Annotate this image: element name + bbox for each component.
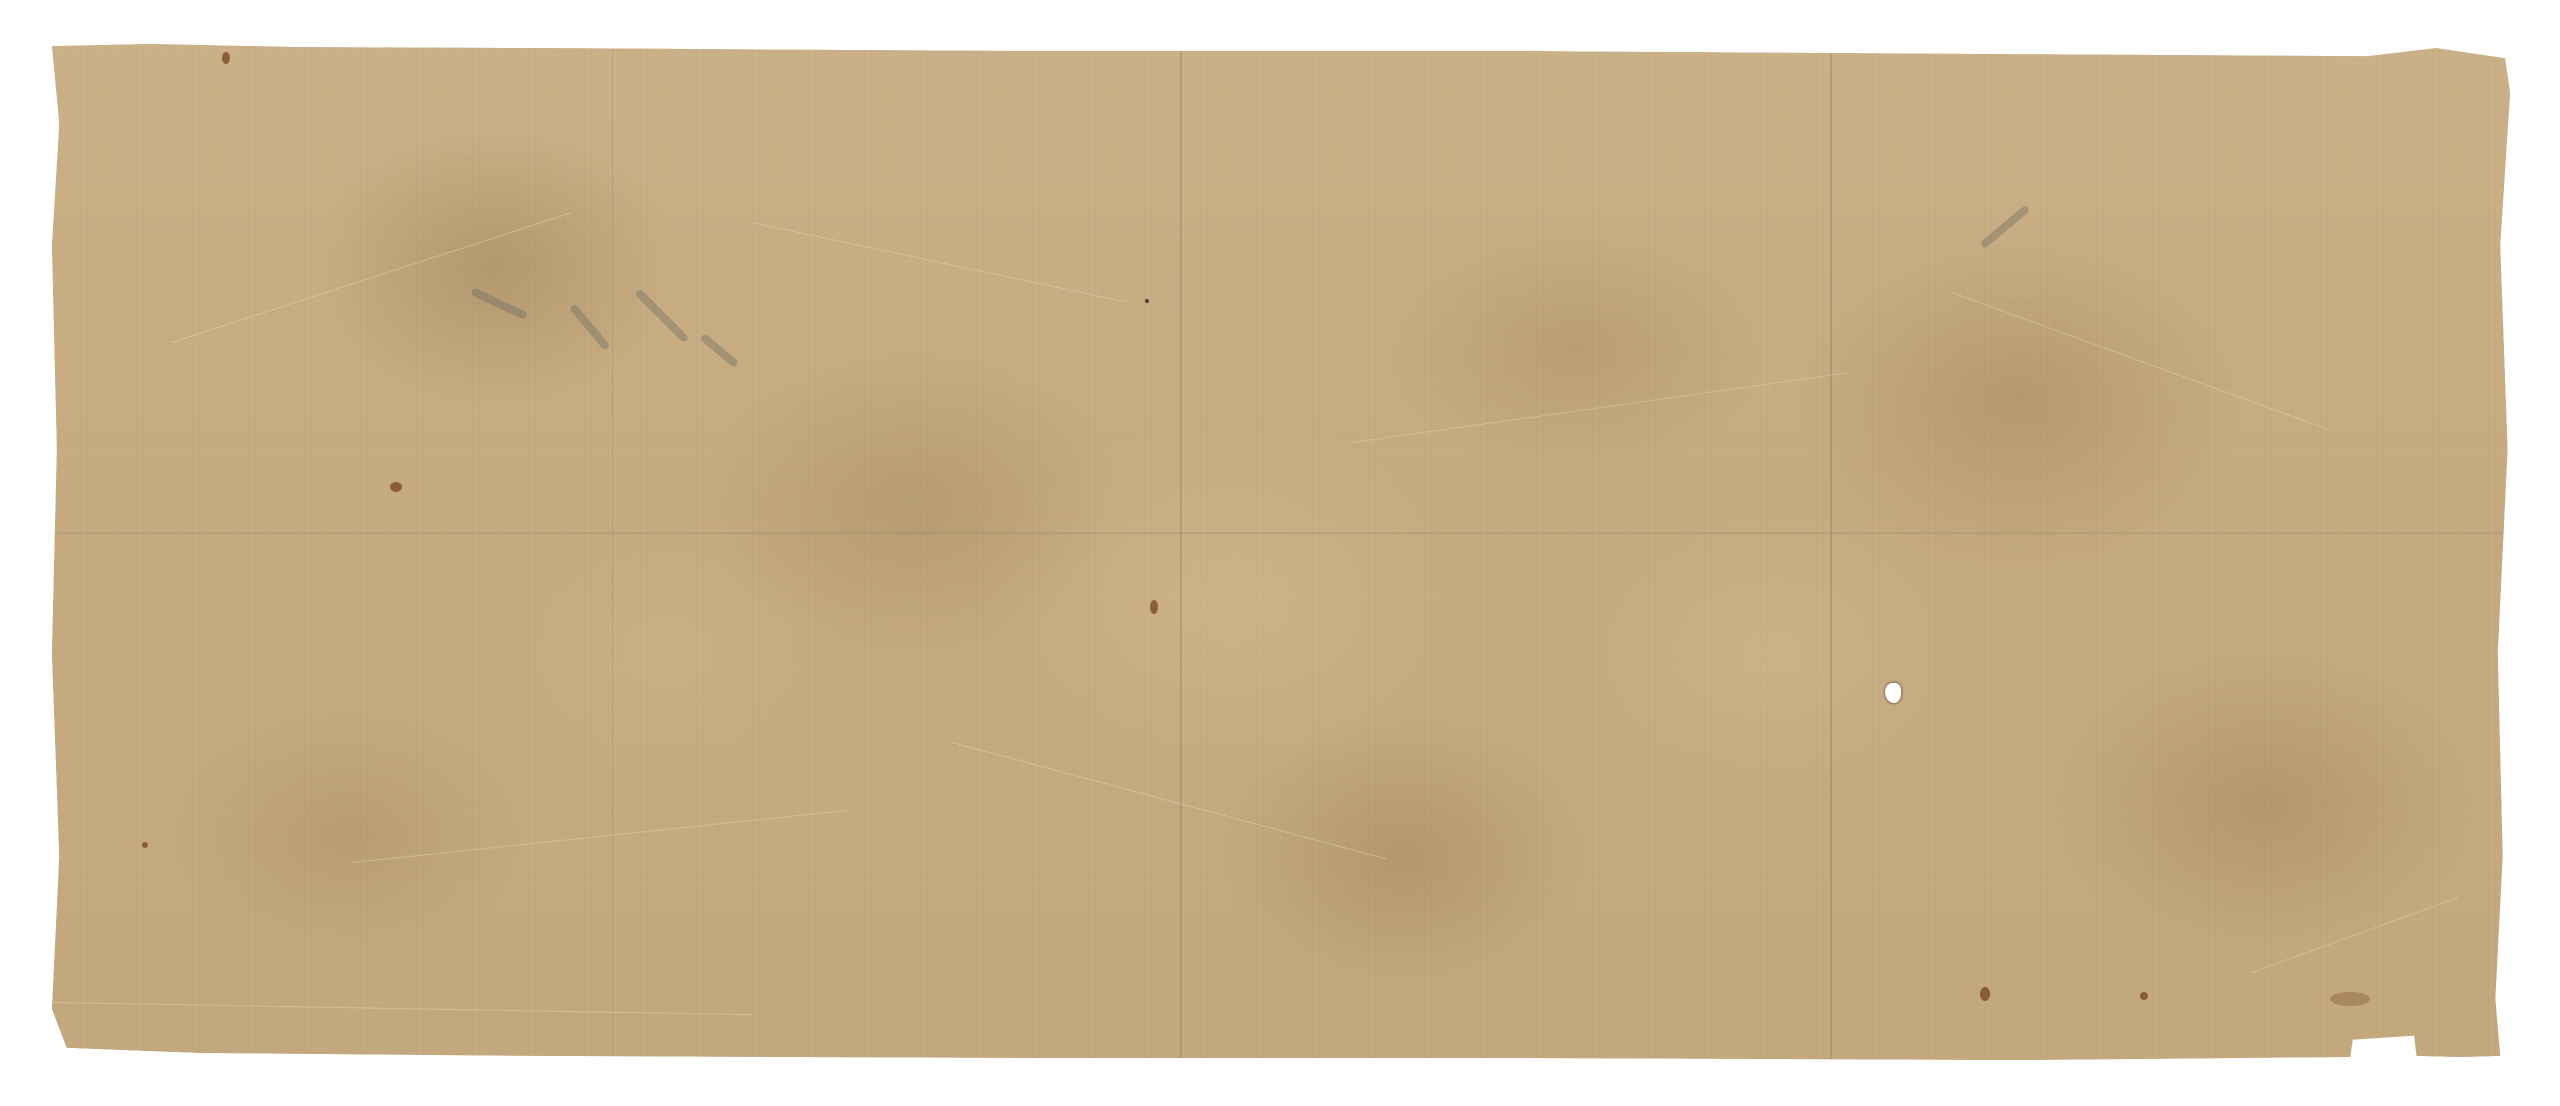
crease <box>752 222 1124 302</box>
fold-line <box>52 532 2510 534</box>
pencil-mark <box>569 303 610 350</box>
stain-spot <box>222 52 230 64</box>
crease <box>2252 897 2459 973</box>
pencil-mark <box>634 288 689 343</box>
fold-line <box>1830 42 1832 1060</box>
pencil-mark <box>1979 204 2030 249</box>
stain-spot <box>2140 992 2148 1000</box>
banknote-back <box>52 42 2510 1060</box>
fold-line <box>612 42 613 1060</box>
stain-spot <box>1980 987 1990 1001</box>
stain-spot <box>1150 600 1158 614</box>
pencil-mark <box>699 333 739 368</box>
crease <box>52 1002 752 1015</box>
paper-hole <box>1885 683 1901 703</box>
stain-spot <box>1145 299 1149 303</box>
stain-spot <box>142 842 148 848</box>
pencil-mark <box>470 287 528 320</box>
crease <box>1352 372 1847 443</box>
stain-spot <box>390 482 402 492</box>
crease <box>352 810 849 863</box>
crease <box>1952 292 2328 430</box>
crease <box>172 212 572 343</box>
scene <box>0 0 2560 1106</box>
stain-spot <box>2330 992 2370 1006</box>
crease <box>952 742 1387 859</box>
fold-line <box>1180 42 1182 1060</box>
